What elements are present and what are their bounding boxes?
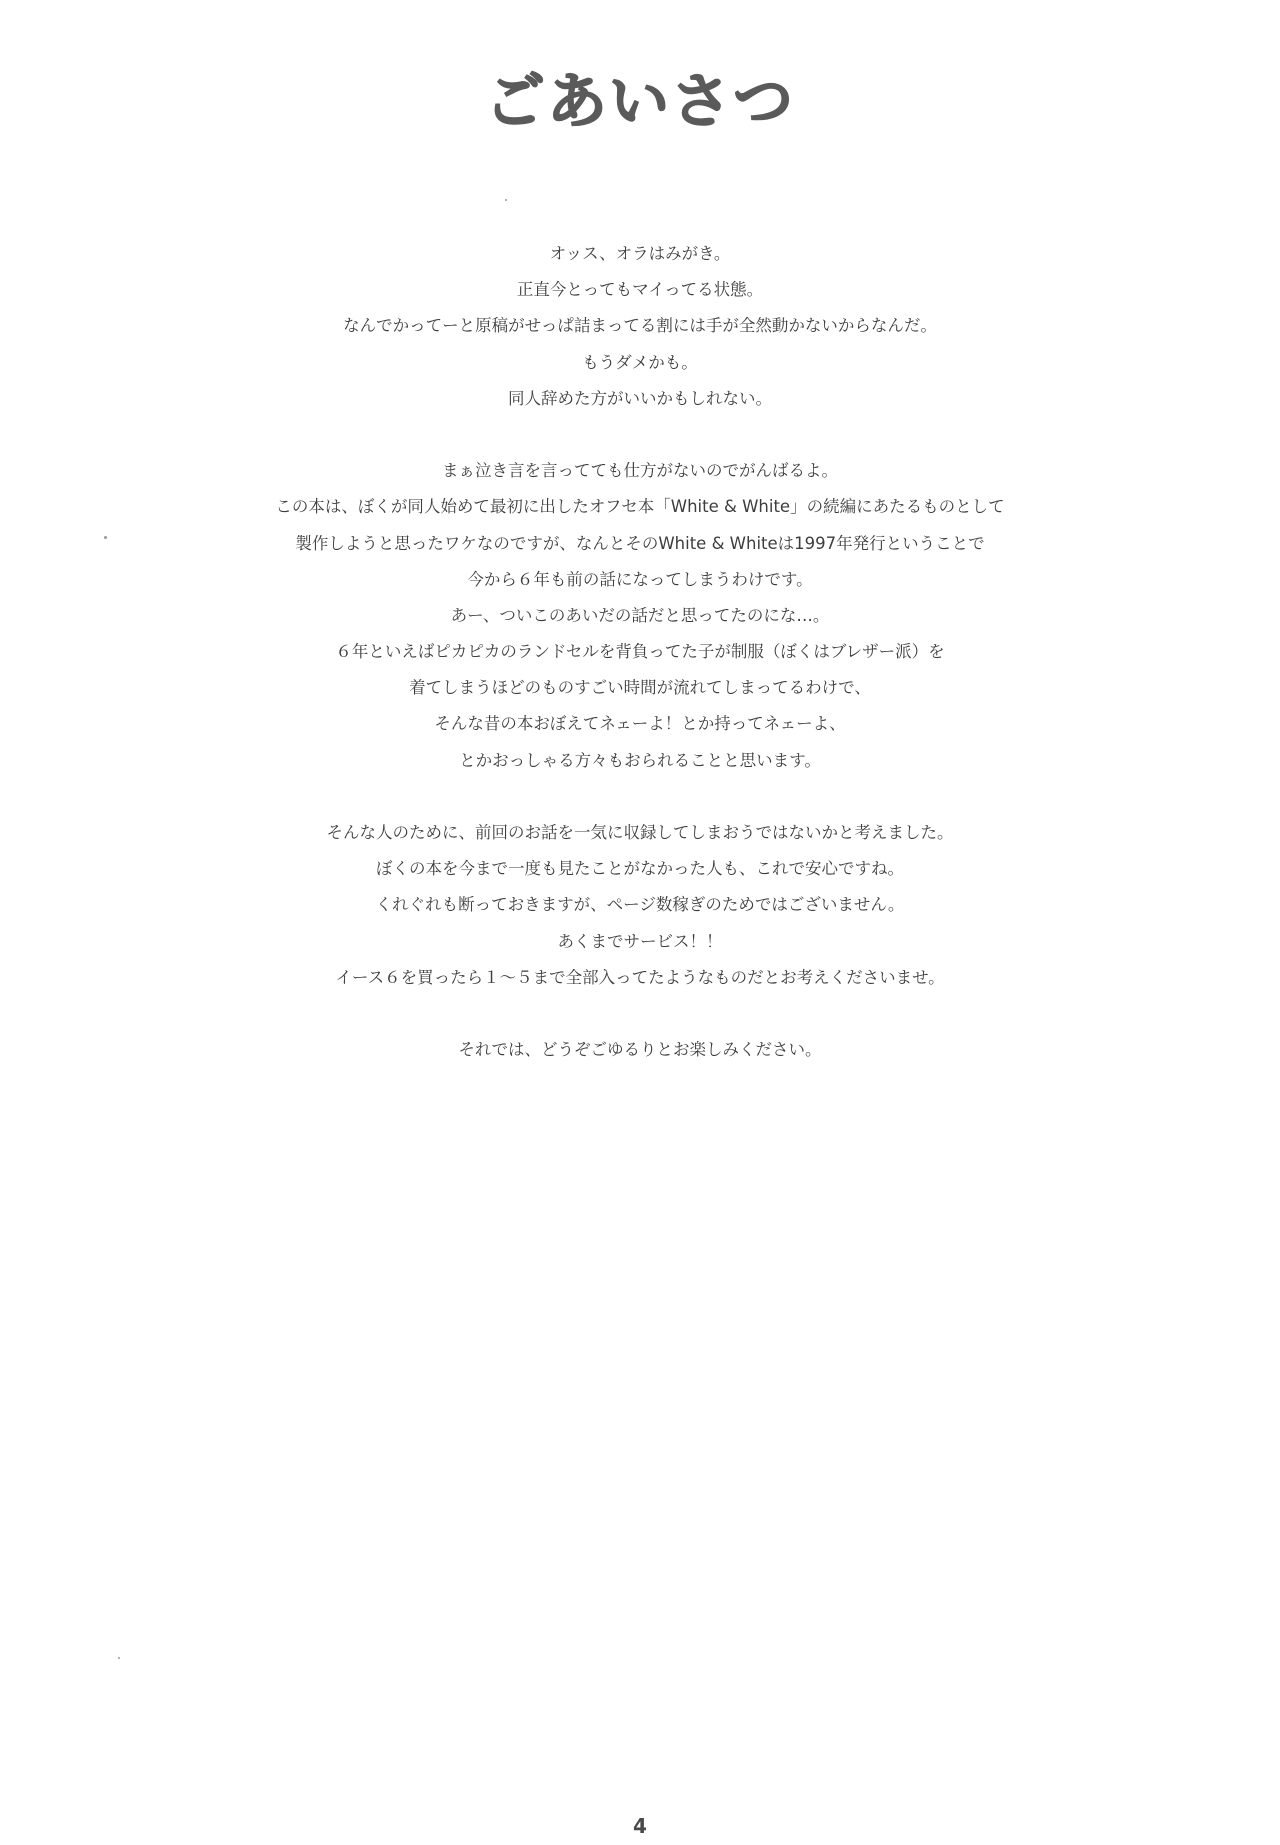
text-line: 製作しようと思ったワケなのですが、なんとそのWhite & Whiteは1997… bbox=[0, 526, 1280, 562]
page-number: 4 bbox=[0, 1814, 1280, 1838]
paragraph-gap bbox=[0, 417, 1280, 453]
text-line: 同人辞めた方がいいかもしれない。 bbox=[0, 381, 1280, 417]
page-title: ごあいさつ bbox=[0, 62, 1280, 142]
document-page: ごあいさつ オッス、オラはみがき。 正直今とってもマイってる状態。 なんでかって… bbox=[0, 0, 1280, 1845]
text-line: ぼくの本を今まで一度も見たことがなかった人も、これで安心ですね。 bbox=[0, 851, 1280, 887]
text-line: この本は、ぼくが同人始めて最初に出したオフセ本「White & White」の続… bbox=[0, 489, 1280, 525]
text-line: イース６を買ったら１～５まで全部入ってたようなものだとお考えくださいませ。 bbox=[0, 960, 1280, 996]
text-line: とかおっしゃる方々もおられることと思います。 bbox=[0, 743, 1280, 779]
text-line: そんな人のために、前回のお話を一気に収録してしまおうではないかと考えました。 bbox=[0, 815, 1280, 851]
paragraph-gap bbox=[0, 779, 1280, 815]
paragraph-2: まぁ泣き言を言ってても仕方がないのでがんばるよ。 この本は、ぼくが同人始めて最初… bbox=[0, 453, 1280, 779]
paragraph-1: オッス、オラはみがき。 正直今とってもマイってる状態。 なんでかってーと原稿がせ… bbox=[0, 236, 1280, 417]
text-line: なんでかってーと原稿がせっぱ詰まってる割には手が全然動かないからなんだ。 bbox=[0, 308, 1280, 344]
scan-speck bbox=[505, 199, 507, 201]
paragraph-4: それでは、どうぞごゆるりとお楽しみください。 bbox=[0, 1032, 1280, 1068]
greeting-body: オッス、オラはみがき。 正直今とってもマイってる状態。 なんでかってーと原稿がせ… bbox=[0, 236, 1280, 1068]
text-line: ６年といえばピカピカのランドセルを背負ってた子が制服（ぼくはブレザー派）を bbox=[0, 634, 1280, 670]
text-line: そんな昔の本おぼえてネェーよ！とか持ってネェーよ、 bbox=[0, 706, 1280, 742]
text-line: くれぐれも断っておきますが、ページ数稼ぎのためではございません。 bbox=[0, 887, 1280, 923]
paragraph-gap bbox=[0, 996, 1280, 1032]
text-line: 着てしまうほどのものすごい時間が流れてしまってるわけで、 bbox=[0, 670, 1280, 706]
text-line: もうダメかも。 bbox=[0, 345, 1280, 381]
text-line: まぁ泣き言を言ってても仕方がないのでがんばるよ。 bbox=[0, 453, 1280, 489]
text-line: あー、ついこのあいだの話だと思ってたのにな…。 bbox=[0, 598, 1280, 634]
scan-speck bbox=[104, 536, 107, 539]
text-line: あくまでサービス！！ bbox=[0, 924, 1280, 960]
text-line: 正直今とってもマイってる状態。 bbox=[0, 272, 1280, 308]
text-line: 今から６年も前の話になってしまうわけです。 bbox=[0, 562, 1280, 598]
text-line: それでは、どうぞごゆるりとお楽しみください。 bbox=[0, 1032, 1280, 1068]
scan-speck bbox=[118, 1657, 120, 1659]
text-line: オッス、オラはみがき。 bbox=[0, 236, 1280, 272]
paragraph-3: そんな人のために、前回のお話を一気に収録してしまおうではないかと考えました。 ぼ… bbox=[0, 815, 1280, 996]
